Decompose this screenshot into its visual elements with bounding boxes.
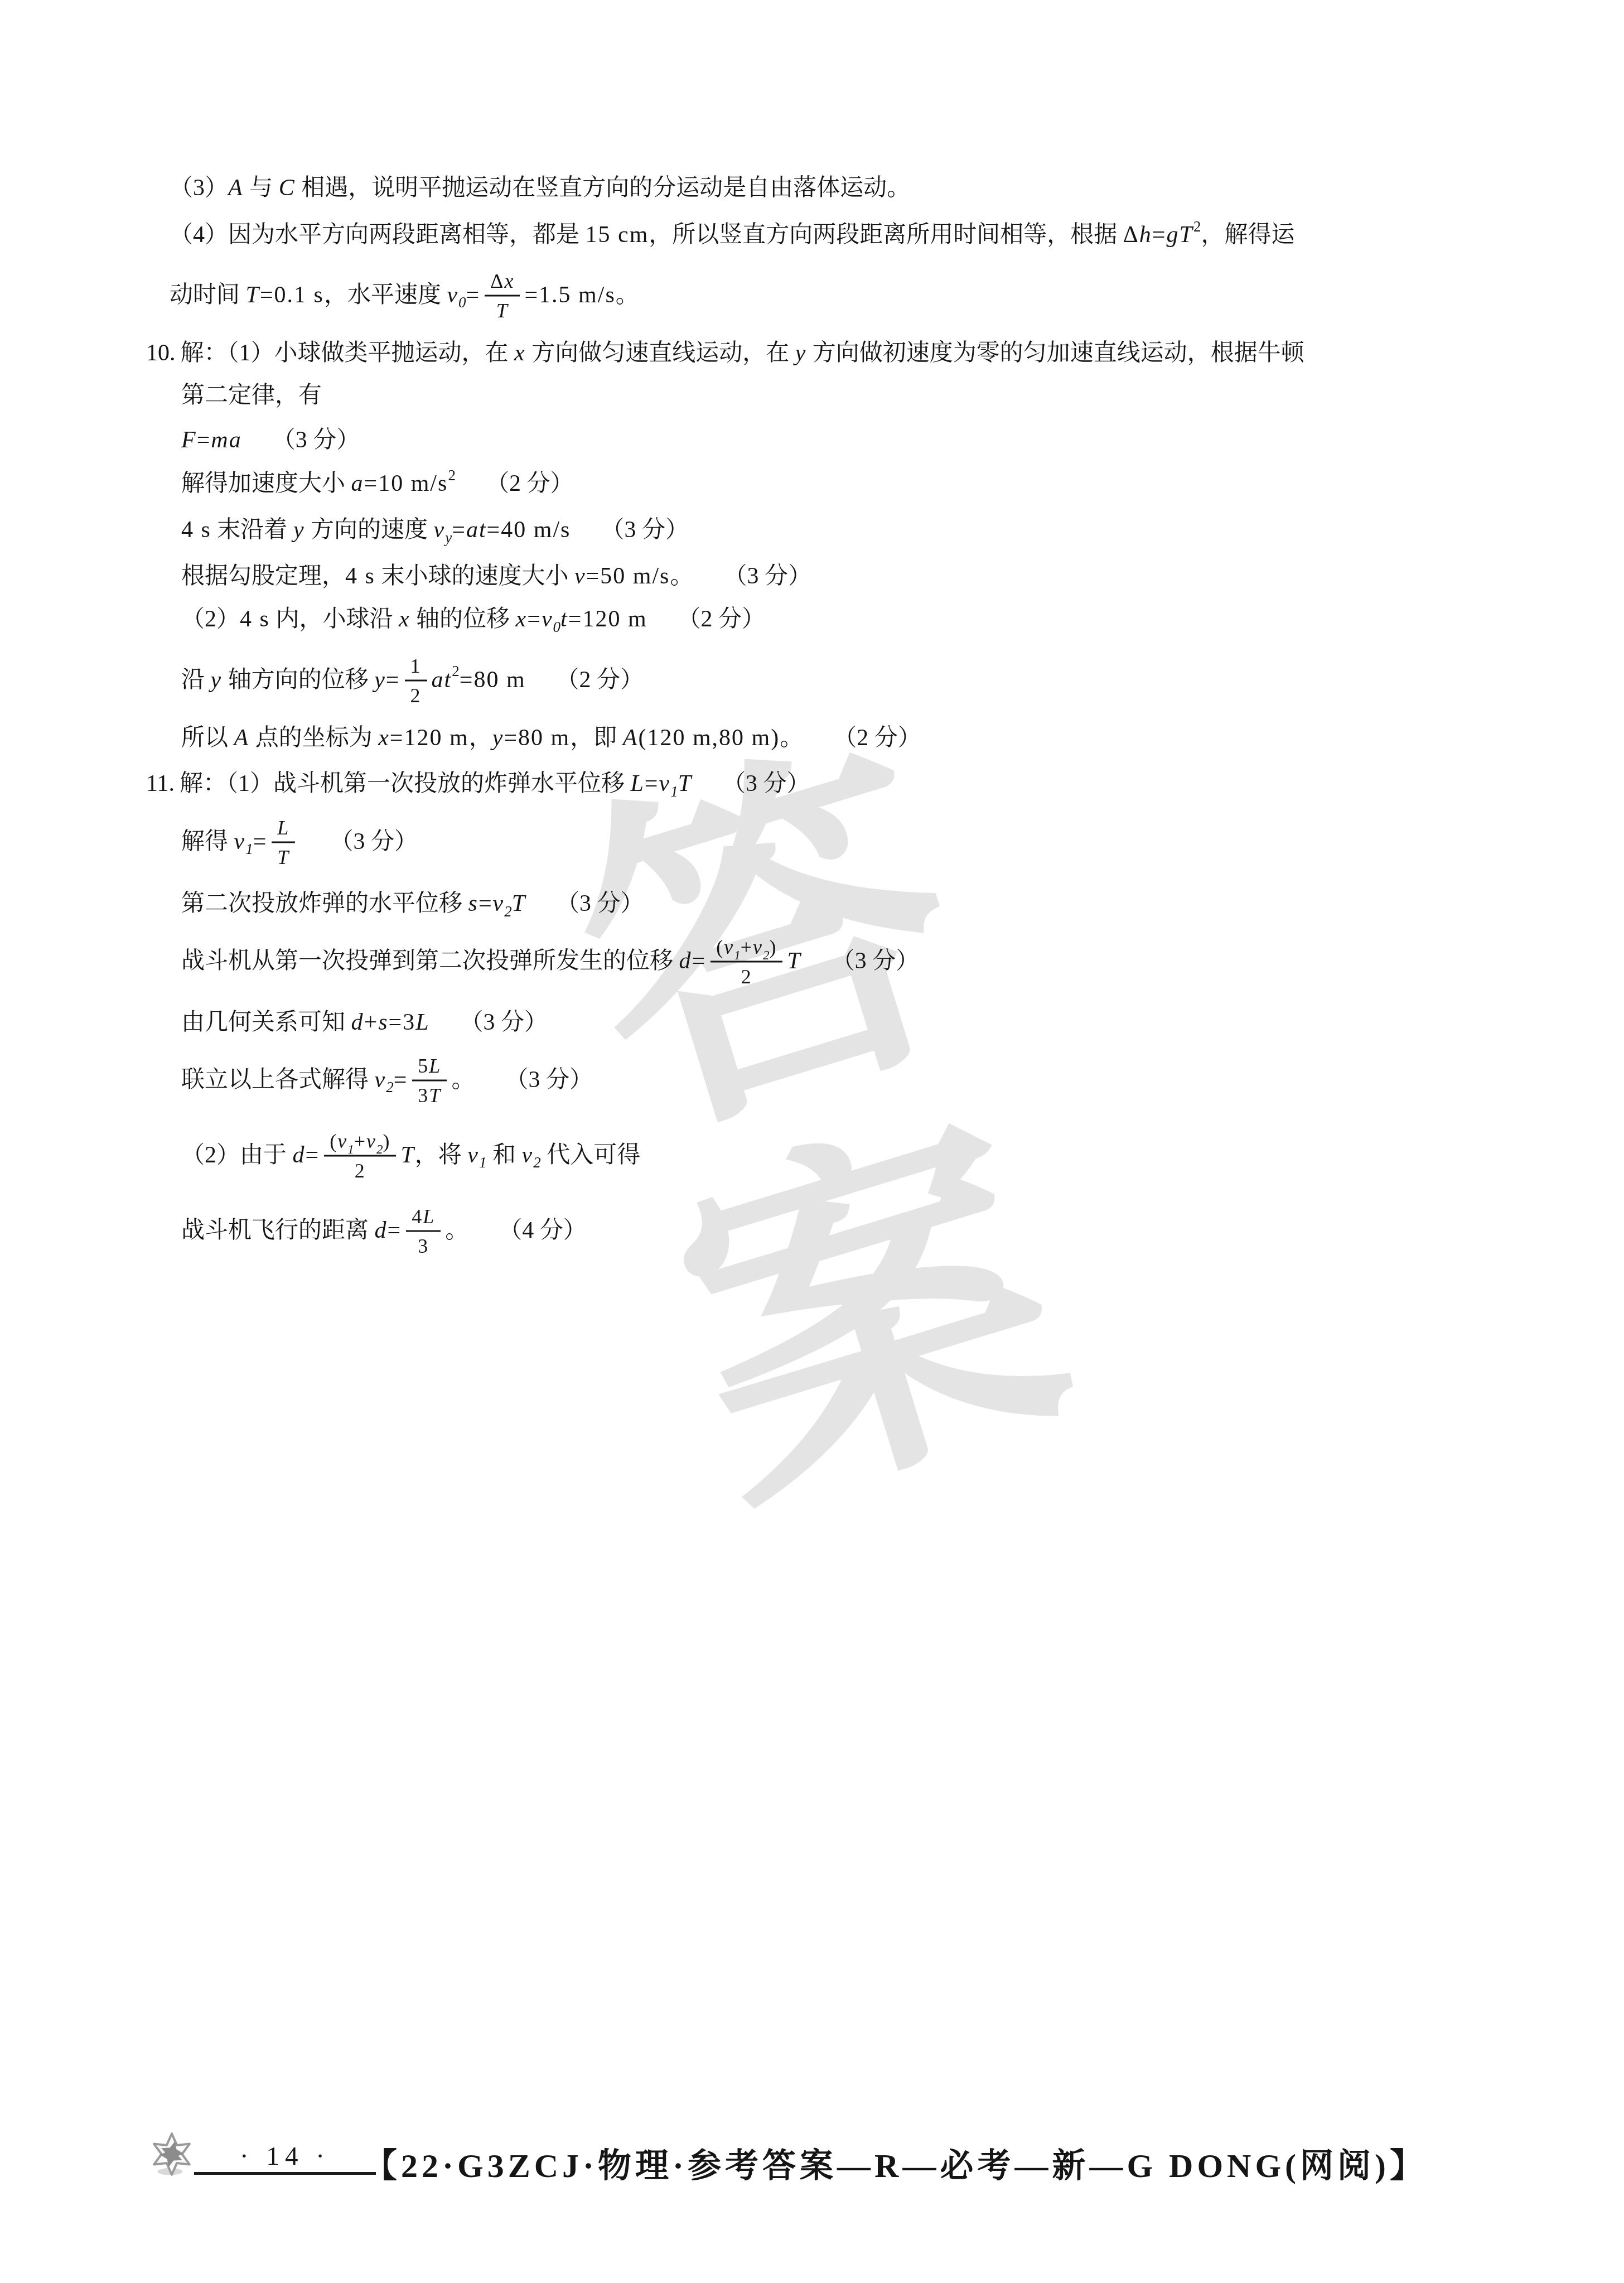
publisher-star-logo-icon: [149, 2131, 194, 2178]
page-footer: · 14 · 【22·G3ZCJ·物理·参考答案—R—必考—新—G DONG(网…: [0, 0, 1624, 2283]
page-number: · 14 ·: [195, 2141, 375, 2171]
footer-underline: [194, 2172, 376, 2175]
answer-sheet-page: 答 案 （3）A 与 C 相遇，说明平抛运动在竖直方向的分运动是自由落体运动。（…: [0, 0, 1624, 2283]
footer-exam-label: 【22·G3ZCJ·物理·参考答案—R—必考—新—G DONG(网阅)】: [364, 2139, 1427, 2187]
